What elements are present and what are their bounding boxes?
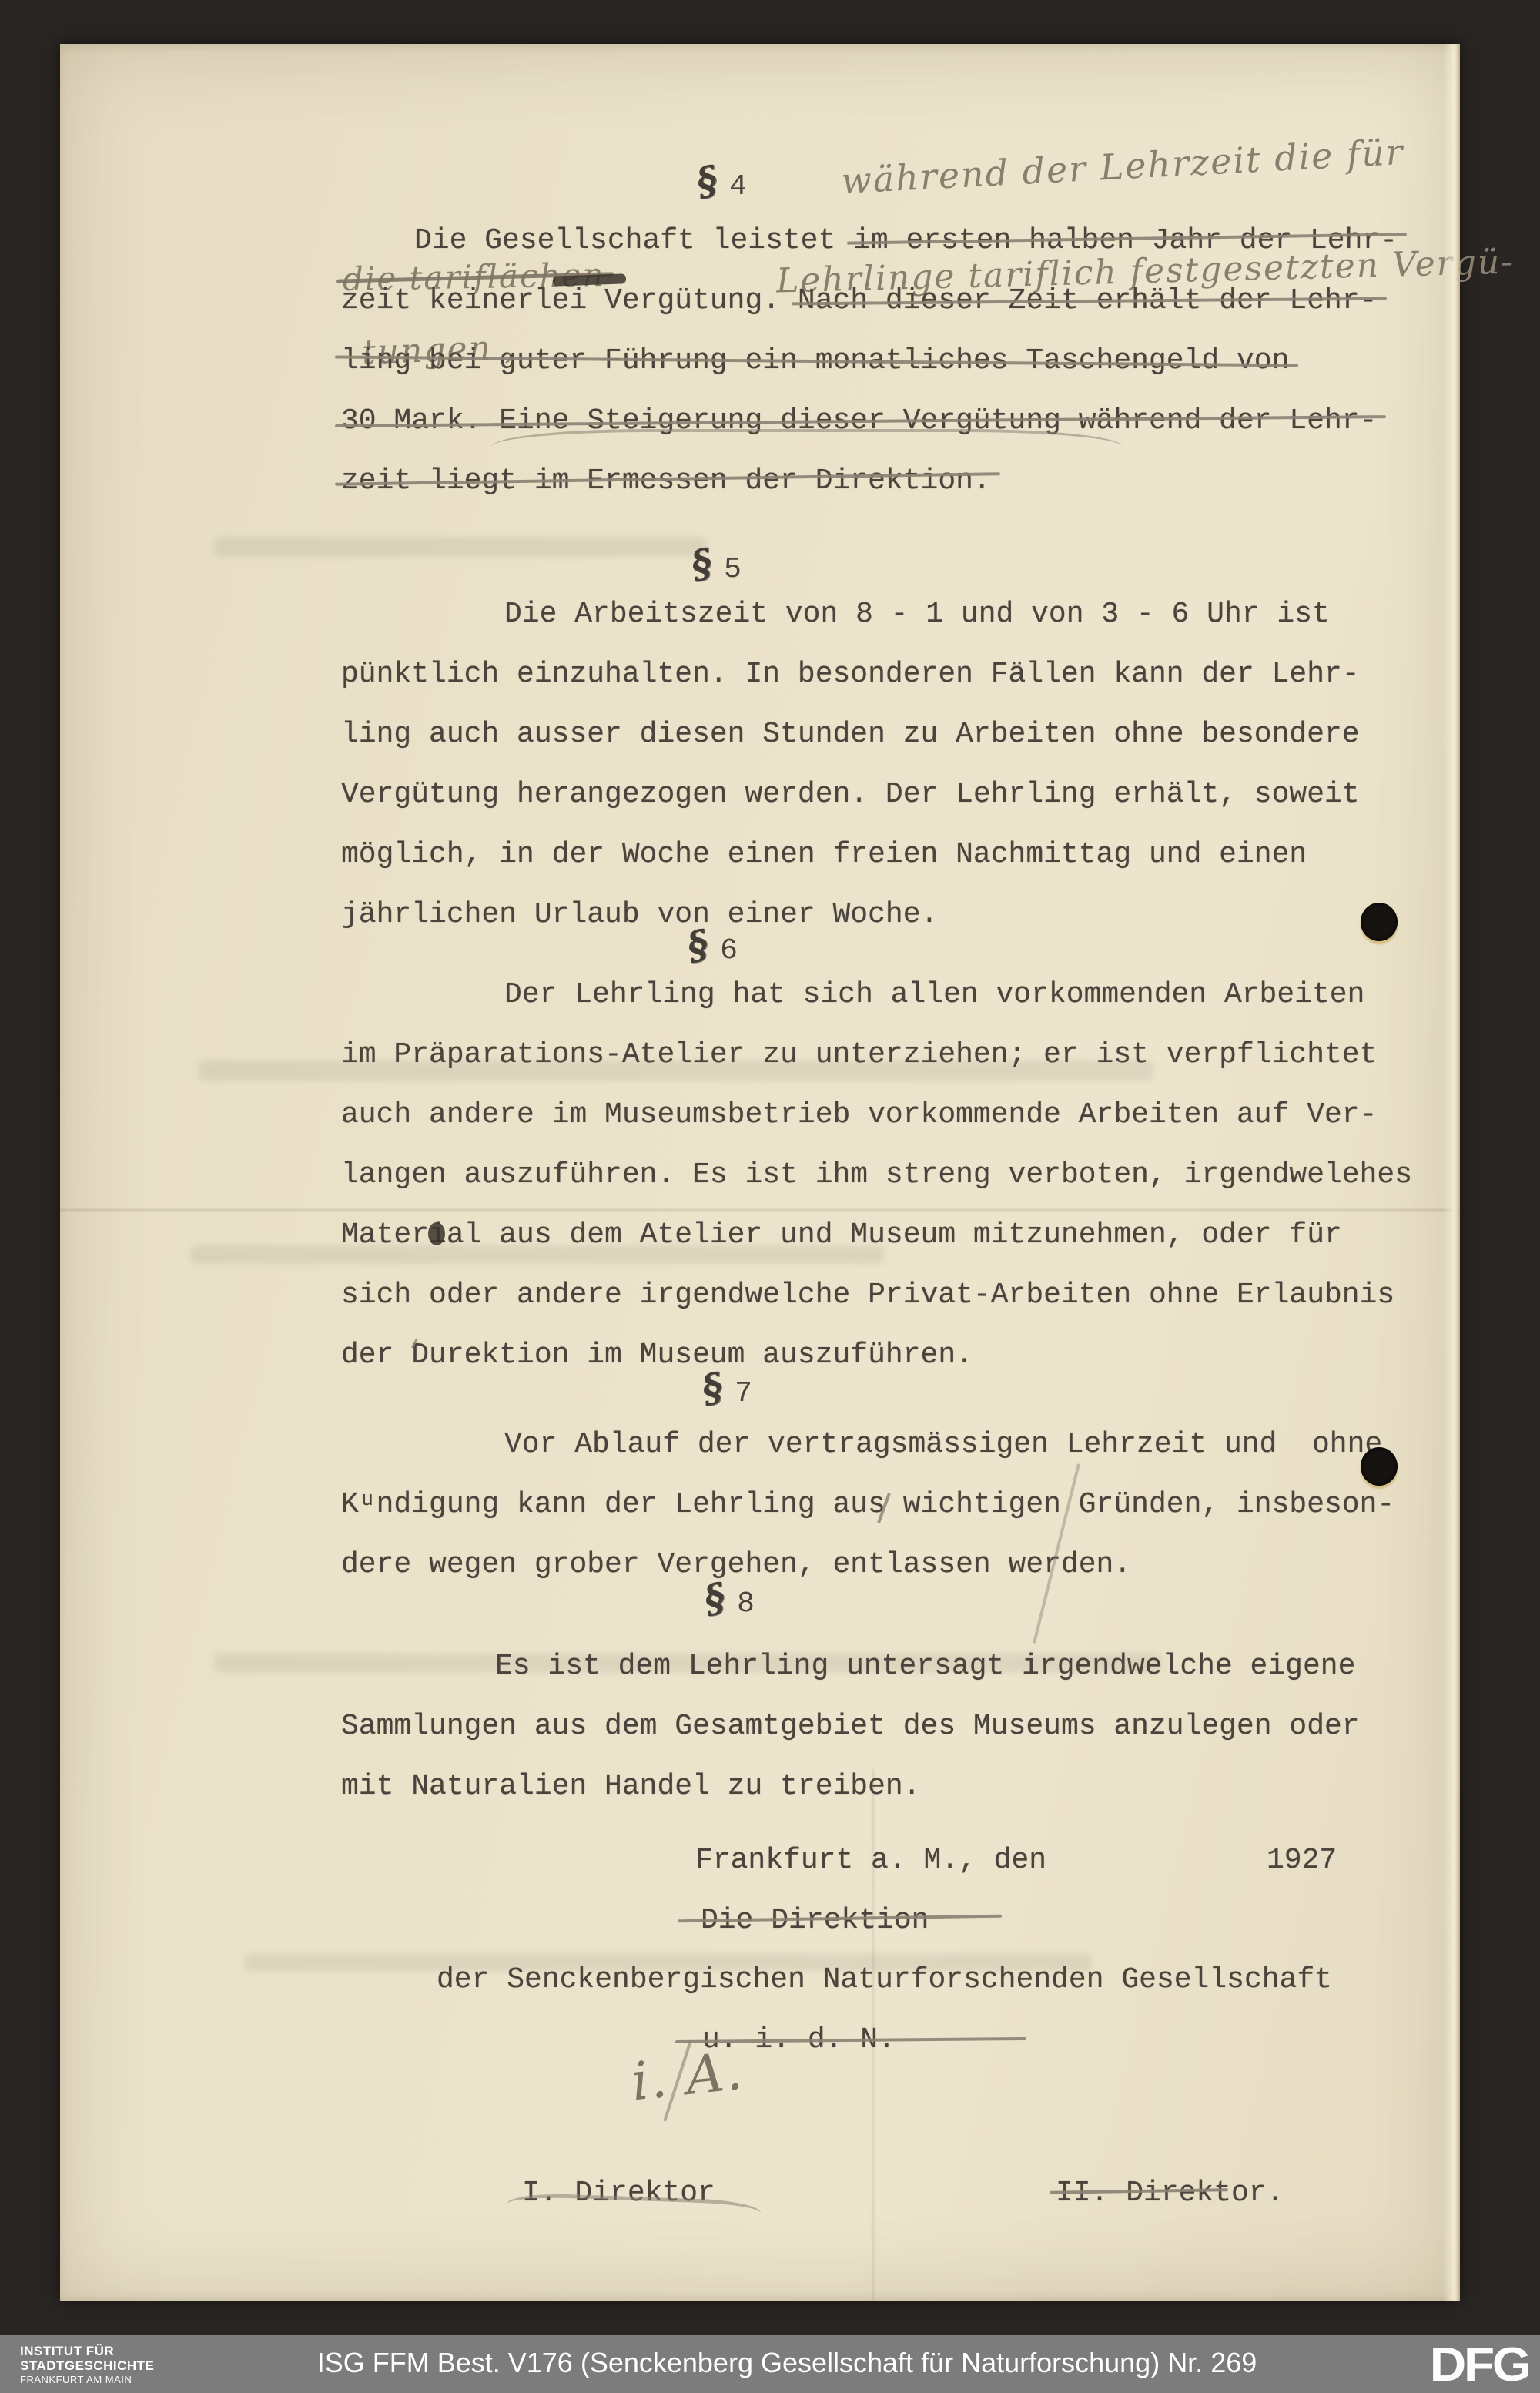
- typed-line: Die Arbeitszeit von 8 - 1 und von 3 - 6 …: [341, 592, 1330, 638]
- handwritten-annotation-top: während der Lehrzeit die für: [840, 131, 1405, 202]
- typed-line: jährlichen Urlaub von einer Woche.: [341, 892, 938, 938]
- typed-line: mit Naturalien Handel zu treiben.: [341, 1764, 921, 1810]
- typed-line: ling auch ausser diesen Stunden zu Arbei…: [341, 712, 1360, 758]
- typed-line: Material aus dem Atelier und Museum mitz…: [341, 1212, 1342, 1259]
- struck-text: ling bei guter Führung ein monatliches T…: [341, 344, 1289, 377]
- fold-crease: [60, 1209, 1460, 1211]
- struck-text: Die Direktion: [701, 1904, 929, 1937]
- typed-line: Kᵘndigung kann der Lehrling aus wichtige…: [341, 1482, 1394, 1528]
- struck-text: II. Direktor.: [1056, 2177, 1284, 2210]
- bleedthrough-smudge: [214, 537, 707, 557]
- typed-line: sich oder andere irgendwelche Privat-Arb…: [341, 1272, 1394, 1319]
- typed-line: Es ist dem Lehrling untersagt irgendwelc…: [341, 1644, 1355, 1690]
- year: 1927: [1267, 1838, 1337, 1884]
- punch-hole: [1361, 1447, 1398, 1486]
- section-6-mark: §6: [688, 922, 738, 967]
- typed-line: Vergütung herangezogen werden. Der Lehrl…: [341, 772, 1360, 818]
- archive-caption: ISG FFM Best. V176 (Senckenberg Gesellsc…: [17, 2348, 1540, 2378]
- direktion-line: Die Direktion: [701, 1898, 929, 1944]
- typed-line: auch andere im Museumsbetrieb vorkommend…: [341, 1092, 1377, 1138]
- pencil-underline: [507, 2192, 762, 2224]
- section-sign: §: [692, 156, 721, 205]
- typed-line: pünktlich einzuhalten. In besonderen Fäl…: [341, 652, 1360, 698]
- typed-line: ling bei guter Führung ein monatliches T…: [341, 338, 1289, 384]
- section-7-mark: §7: [702, 1365, 752, 1410]
- typed-line: langen auszuführen. Es ist ihm streng ve…: [341, 1152, 1412, 1198]
- pencil-arc: [491, 429, 1123, 464]
- typed-line: im Präparations-Atelier zu unterziehen; …: [341, 1032, 1377, 1078]
- punch-hole: [1361, 903, 1398, 941]
- section-5-mark: §5: [691, 541, 742, 586]
- overstrike-blot: [428, 1222, 445, 1245]
- typed-line: zeit liegt im Ermessen der Direktion.: [341, 458, 991, 504]
- archive-scan-viewer: §4 während der Lehrzeit die für Die Gese…: [0, 0, 1540, 2393]
- typed-line: der Durektion im Museum auszuführen.: [341, 1332, 973, 1379]
- dfg-logo: DFG: [1430, 2341, 1529, 2389]
- struck-text: zeit liegt im Ermessen der Direktion.: [341, 464, 991, 498]
- typed-line: möglich, in der Woche einen freien Nachm…: [341, 832, 1307, 878]
- typed-line: Vor Ablauf der vertragsmässigen Lehrzeit…: [341, 1422, 1382, 1468]
- typed-line: Der Lehrling hat sich allen vorkommenden…: [341, 972, 1364, 1018]
- typed-line: Sammlungen aus dem Gesamtgebiet des Muse…: [341, 1704, 1360, 1750]
- typed-line: zeit keinerlei Vergütung. Nach dieser Ze…: [341, 278, 1377, 324]
- document-page: §4 während der Lehrzeit die für Die Gese…: [60, 44, 1460, 2301]
- struck-text: Nach dieser Zeit erhält der Lehr-: [798, 284, 1378, 317]
- section-8-mark: §8: [705, 1575, 755, 1620]
- section-4-mark: §4: [697, 158, 747, 203]
- gesellschaft-line: der Senckenbergischen Naturforschenden G…: [437, 1957, 1332, 2003]
- place-date: Frankfurt a. M., den: [695, 1838, 1046, 1884]
- sig-right: II. Direktor.: [1056, 2170, 1284, 2217]
